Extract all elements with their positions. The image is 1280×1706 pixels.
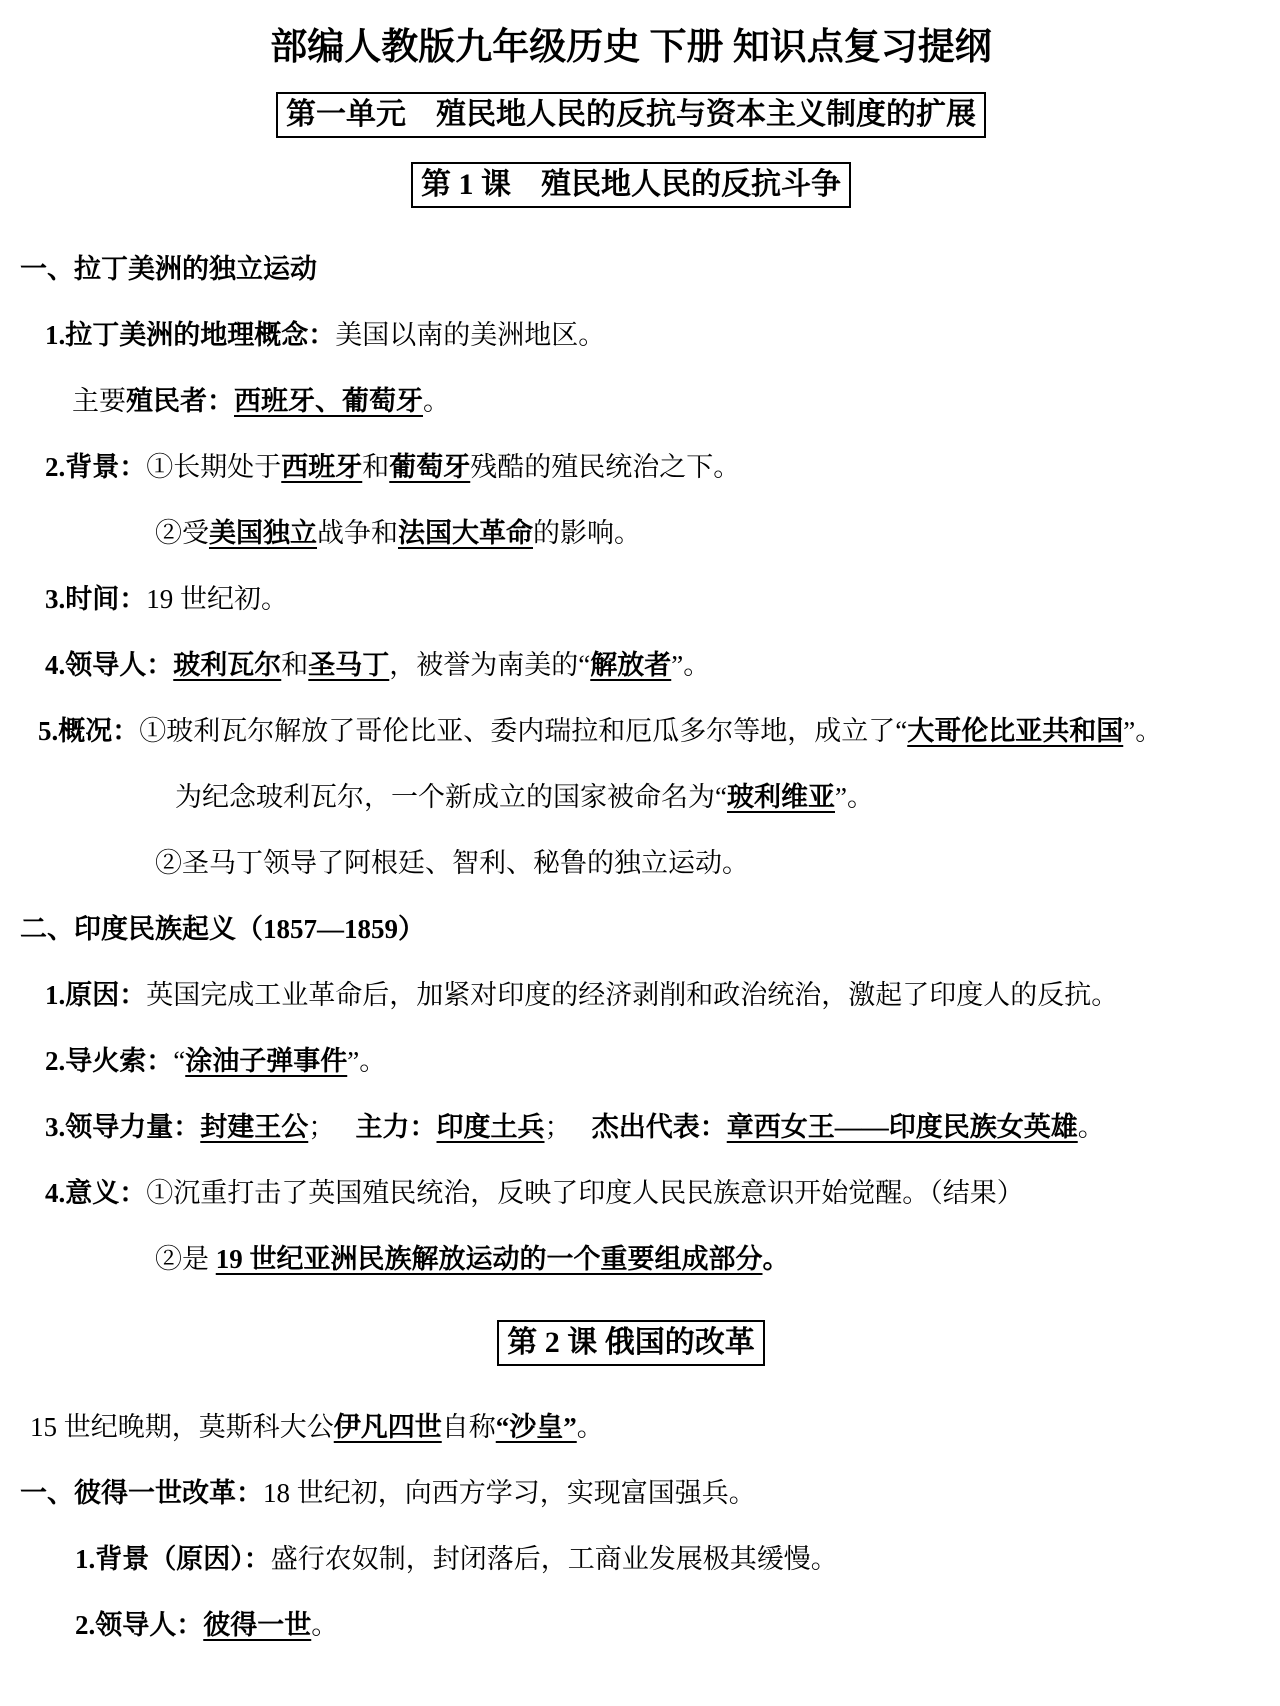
text-segment: 的影响。 [533, 518, 641, 548]
text-segment: ②是 [155, 1244, 216, 1274]
text-segment: 。 [423, 386, 450, 416]
doc-line: 2.背景：①长期处于西班牙和葡萄牙残酷的殖民统治之下。 [45, 450, 1262, 484]
lesson2-heading-row: 第 2 课 俄国的改革 [0, 1320, 1262, 1366]
text-segment: “ [173, 1046, 185, 1076]
doc-line: 3.时间：19 世纪初。 [45, 582, 1262, 616]
text-segment: 二、印度民族起义（1857—1859） [20, 914, 425, 944]
underlined-term: 大哥伦比亚共和国 [907, 716, 1123, 746]
text-segment: ，被誉为南美的“ [389, 650, 590, 680]
underlined-term: 葡萄牙 [389, 452, 470, 482]
text-segment: 杰出代表： [592, 1112, 727, 1142]
unit-heading: 第一单元 殖民地人民的反抗与资本主义制度的扩展 [276, 92, 986, 138]
text-segment: 2.领导人： [75, 1610, 203, 1640]
underlined-term: 19 世纪亚洲民族解放运动的一个重要组成部分 [216, 1244, 763, 1274]
text-segment: 。 [763, 1244, 790, 1274]
text-segment: 为纪念玻利瓦尔，一个新成立的国家被命名为“ [175, 782, 727, 812]
underlined-term: 涂油子弹事件 [185, 1046, 347, 1076]
lesson2-heading: 第 2 课 俄国的改革 [497, 1320, 765, 1366]
underlined-term: 解放者 [590, 650, 671, 680]
text-segment: ”。 [1123, 716, 1162, 746]
doc-line: ②是 19 世纪亚洲民族解放运动的一个重要组成部分。 [155, 1242, 1262, 1276]
underlined-term: 彼得一世 [203, 1610, 311, 1640]
text-segment: 18 世纪初，向西方学习，实现富国强兵。 [263, 1478, 756, 1508]
text-segment: 。 [1078, 1112, 1105, 1142]
underlined-term: “沙皇” [496, 1412, 577, 1442]
text-segment: ； [308, 1112, 355, 1142]
text-segment: 殖民者： [126, 386, 234, 416]
text-segment: ”。 [835, 782, 874, 812]
text-segment: 19 世纪初。 [146, 584, 288, 614]
doc-line: 一、彼得一世改革：18 世纪初，向西方学习，实现富国强兵。 [20, 1476, 1262, 1510]
text-segment: ①长期处于 [146, 452, 281, 482]
doc-line: 1.拉丁美洲的地理概念：美国以南的美洲地区。 [45, 318, 1262, 352]
underlined-term: 圣马丁 [308, 650, 389, 680]
underlined-term: 章西女王——印度民族女英雄 [727, 1112, 1078, 1142]
underlined-term: 封建王公 [200, 1112, 308, 1142]
text-segment: 3.时间： [45, 584, 146, 614]
text-segment: 2.背景： [45, 452, 146, 482]
text-segment: 自称 [442, 1412, 496, 1442]
underlined-term: 西班牙 [281, 452, 362, 482]
text-segment: 1.背景（原因）： [75, 1544, 271, 1574]
text-segment: 主要 [72, 386, 126, 416]
doc-line: ②圣马丁领导了阿根廷、智利、秘鲁的独立运动。 [155, 846, 1262, 880]
doc-line: 5.概况：①玻利瓦尔解放了哥伦比亚、委内瑞拉和厄瓜多尔等地，成立了“大哥伦比亚共… [38, 714, 1262, 748]
text-segment: 。 [577, 1412, 604, 1442]
underlined-term: 法国大革命 [398, 518, 533, 548]
document: 部编人教版九年级历史 下册 知识点复习提纲 第一单元 殖民地人民的反抗与资本主义… [0, 0, 1280, 1704]
text-segment: ②受 [155, 518, 209, 548]
text-segment: 盛行农奴制，封闭落后，工商业发展极其缓慢。 [271, 1544, 838, 1574]
text-segment: 15 世纪晚期，莫斯科大公 [30, 1412, 334, 1442]
text-segment: 和 [362, 452, 389, 482]
text-segment: ”。 [347, 1046, 386, 1076]
lesson1-heading-row: 第 1 课 殖民地人民的反抗斗争 [0, 162, 1262, 208]
doc-line: 3.领导力量：封建王公； 主力：印度土兵； 杰出代表：章西女王——印度民族女英雄… [45, 1110, 1262, 1144]
doc-line: 2.领导人：彼得一世。 [75, 1608, 1262, 1642]
text-segment: 5.概况： [38, 716, 139, 746]
doc-line: 为纪念玻利瓦尔，一个新成立的国家被命名为“玻利维亚”。 [175, 780, 1262, 814]
doc-line: 15 世纪晚期，莫斯科大公伊凡四世自称“沙皇”。 [30, 1410, 1262, 1444]
text-segment: 战争和 [317, 518, 398, 548]
doc-line: 4.意义：①沉重打击了英国殖民统治，反映了印度人民民族意识开始觉醒。（结果） [45, 1176, 1262, 1210]
unit-heading-row: 第一单元 殖民地人民的反抗与资本主义制度的扩展 [0, 92, 1262, 138]
text-segment: 一、彼得一世改革： [20, 1478, 263, 1508]
page-title: 部编人教版九年级历史 下册 知识点复习提纲 [0, 24, 1262, 72]
lesson2-content: 15 世纪晚期，莫斯科大公伊凡四世自称“沙皇”。一、彼得一世改革：18 世纪初，… [0, 1410, 1262, 1642]
doc-line: 1.原因：英国完成工业革命后，加紧对印度的经济剥削和政治统治，激起了印度人的反抗… [45, 978, 1262, 1012]
text-segment: ①沉重打击了英国殖民统治，反映了印度人民民族意识开始觉醒。（结果） [146, 1178, 1024, 1208]
doc-line: 一、拉丁美洲的独立运动 [20, 252, 1262, 286]
text-segment: 1.原因： [45, 980, 146, 1010]
doc-line: 二、印度民族起义（1857—1859） [20, 912, 1262, 946]
text-segment: 4.领导人： [45, 650, 173, 680]
text-segment: 和 [281, 650, 308, 680]
text-segment: 一、拉丁美洲的独立运动 [20, 254, 317, 284]
doc-line: 2.导火索：“涂油子弹事件”。 [45, 1044, 1262, 1078]
underlined-term: 西班牙、葡萄牙 [234, 386, 423, 416]
text-segment: 。 [311, 1610, 338, 1640]
text-segment: 1.拉丁美洲的地理概念： [45, 320, 335, 350]
underlined-term: 印度土兵 [437, 1112, 545, 1142]
text-segment: ； [545, 1112, 592, 1142]
underlined-term: 玻利维亚 [727, 782, 835, 812]
text-segment: ”。 [671, 650, 710, 680]
text-segment: 4.意义： [45, 1178, 146, 1208]
underlined-term: 伊凡四世 [334, 1412, 442, 1442]
lesson1-content: 一、拉丁美洲的独立运动1.拉丁美洲的地理概念：美国以南的美洲地区。主要殖民者：西… [0, 252, 1262, 1276]
underlined-term: 玻利瓦尔 [173, 650, 281, 680]
text-segment: 英国完成工业革命后，加紧对印度的经济剥削和政治统治，激起了印度人的反抗。 [146, 980, 1118, 1010]
underlined-term: 美国独立 [209, 518, 317, 548]
doc-line: 4.领导人：玻利瓦尔和圣马丁，被誉为南美的“解放者”。 [45, 648, 1262, 682]
text-segment: 美国以南的美洲地区。 [335, 320, 605, 350]
text-segment: 3.领导力量： [45, 1112, 200, 1142]
text-segment: 残酷的殖民统治之下。 [470, 452, 740, 482]
doc-line: 1.背景（原因）：盛行农奴制，封闭落后，工商业发展极其缓慢。 [75, 1542, 1262, 1576]
doc-line: ②受美国独立战争和法国大革命的影响。 [155, 516, 1262, 550]
text-segment: ②圣马丁领导了阿根廷、智利、秘鲁的独立运动。 [155, 848, 749, 878]
text-segment: 主力： [356, 1112, 437, 1142]
doc-line: 主要殖民者：西班牙、葡萄牙。 [72, 384, 1262, 418]
text-segment: 2.导火索： [45, 1046, 173, 1076]
text-segment: ①玻利瓦尔解放了哥伦比亚、委内瑞拉和厄瓜多尔等地，成立了“ [139, 716, 907, 746]
lesson1-heading: 第 1 课 殖民地人民的反抗斗争 [411, 162, 851, 208]
